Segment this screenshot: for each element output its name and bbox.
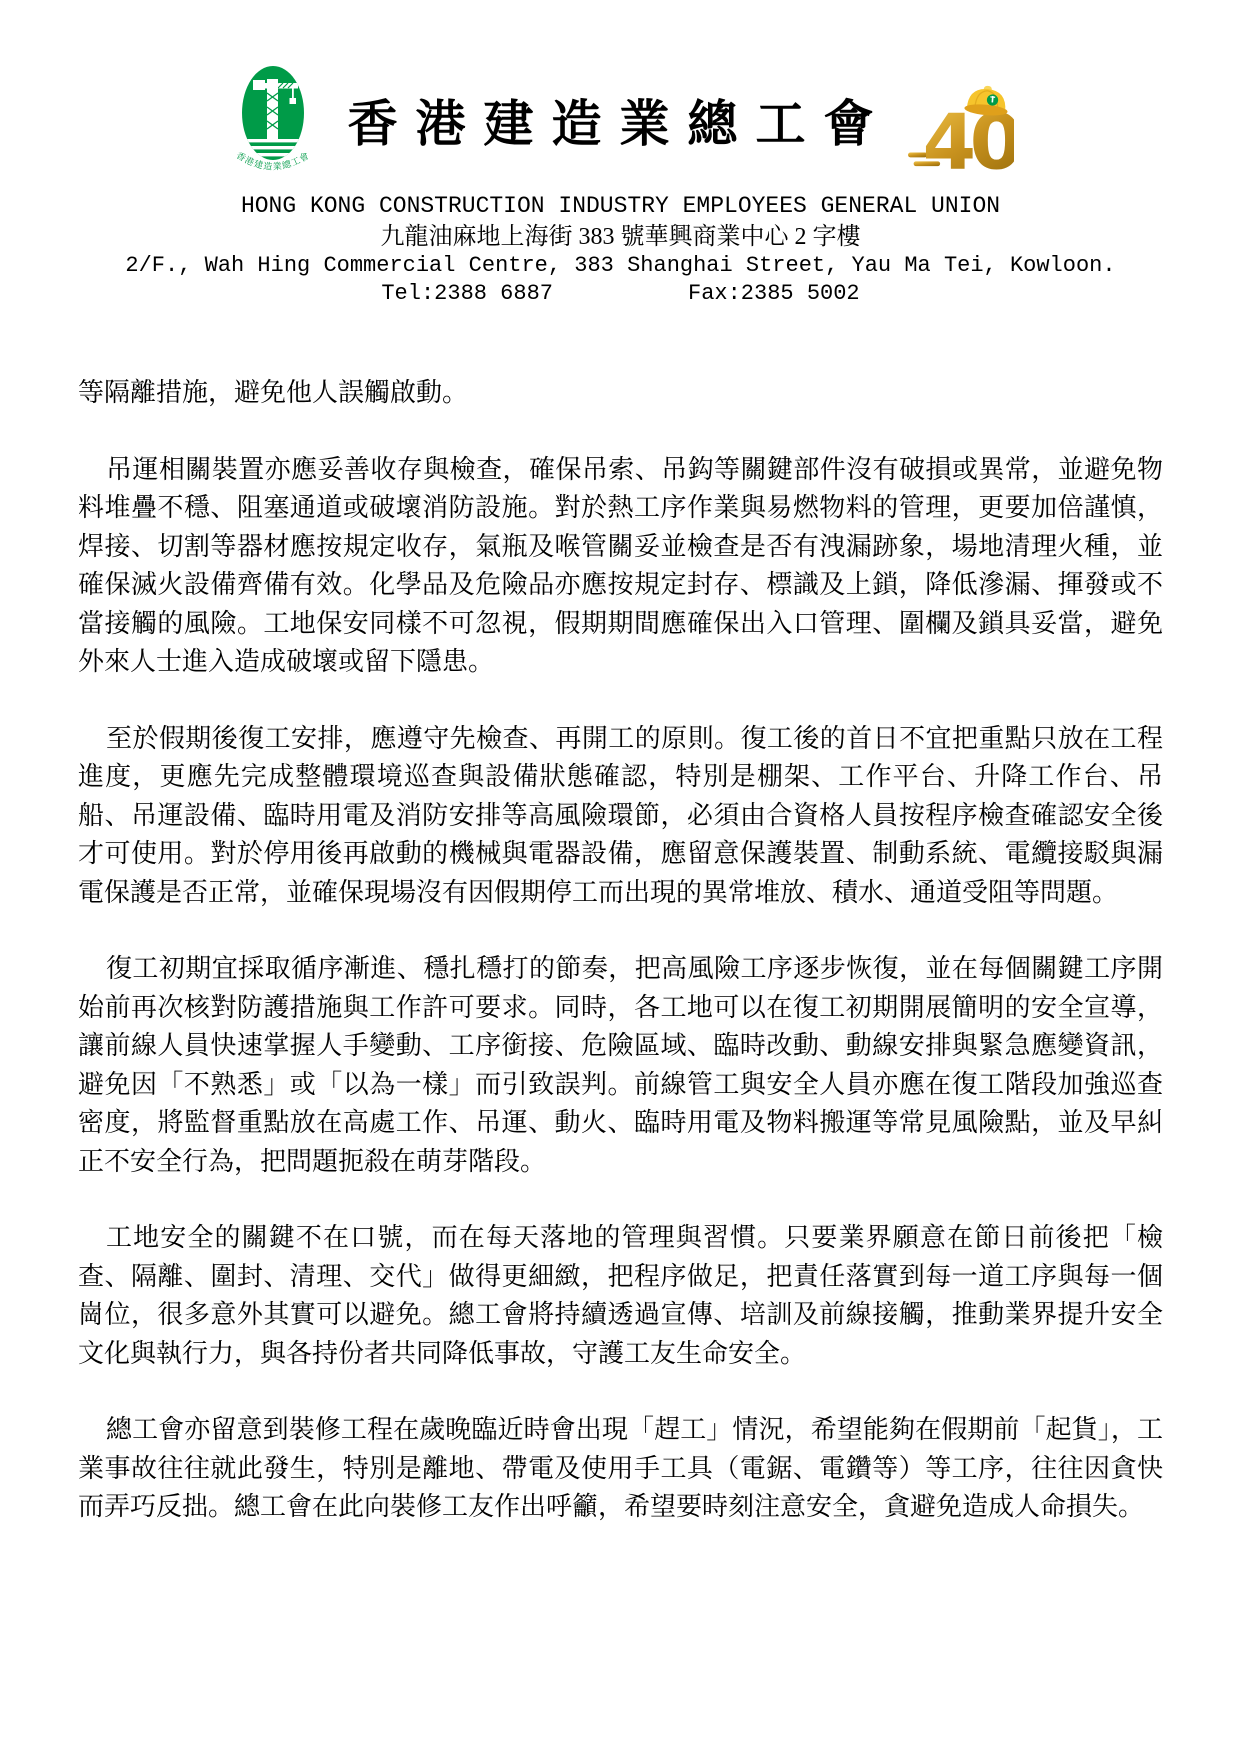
paragraph: 工地安全的關鍵不在口號，而在每天落地的管理與習慣。只要業界願意在節日前後把「檢查… [78,1219,1163,1373]
page: 香港建造業總工會 香港建造業總工會 [0,0,1241,1755]
org-name-en: HONG KONG CONSTRUCTION INDUSTRY EMPLOYEE… [0,192,1241,220]
paragraph: 總工會亦留意到裝修工程在歲晚臨近時會出現「趕工」情況，希望能夠在假期前「起貨」，… [78,1411,1163,1527]
paragraph: 復工初期宜採取循序漸進、穩扎穩打的節奏，把高風險工序逐步恢復，並在每個關鍵工序開… [78,950,1163,1181]
tel: Tel:2388 6887 [381,280,553,308]
hard-hat-icon [963,84,1009,117]
org-name-zh: 香港建造業總工會 [348,97,892,152]
address-zh: 九龍油麻地上海街 383 號華興商業中心 2 字樓 [0,222,1241,252]
letterhead: 香港建造業總工會 香港建造業總工會 [0,0,1241,308]
paragraph: 等隔離措施，避免他人誤觸啟動。 [78,374,1163,413]
logo-row: 香港建造業總工會 香港建造業總工會 [0,64,1241,184]
anniversary-40-icon: 40 [908,76,1014,172]
address-en: 2/F., Wah Hing Commercial Centre, 383 Sh… [0,252,1241,280]
crane-badge-icon: 香港建造業總工會 [228,65,318,183]
anniversary-40-logo: 40 [908,76,1014,172]
union-logo: 香港建造業總工會 [228,65,318,183]
tel-fax-line: Tel:2388 6887 Fax:2385 5002 [0,280,1241,308]
paragraph: 吊運相關裝置亦應妥善收存與檢查，確保吊索、吊鈎等關鍵部件沒有破損或異常，並避免物… [78,451,1163,682]
paragraph: 至於假期後復工安排，應遵守先檢查、再開工的原則。復工後的首日不宜把重點只放在工程… [78,720,1163,913]
body-paragraphs: 等隔離措施，避免他人誤觸啟動。吊運相關裝置亦應妥善收存與檢查，確保吊索、吊鈎等關… [78,374,1163,1527]
fax: Fax:2385 5002 [688,280,860,308]
